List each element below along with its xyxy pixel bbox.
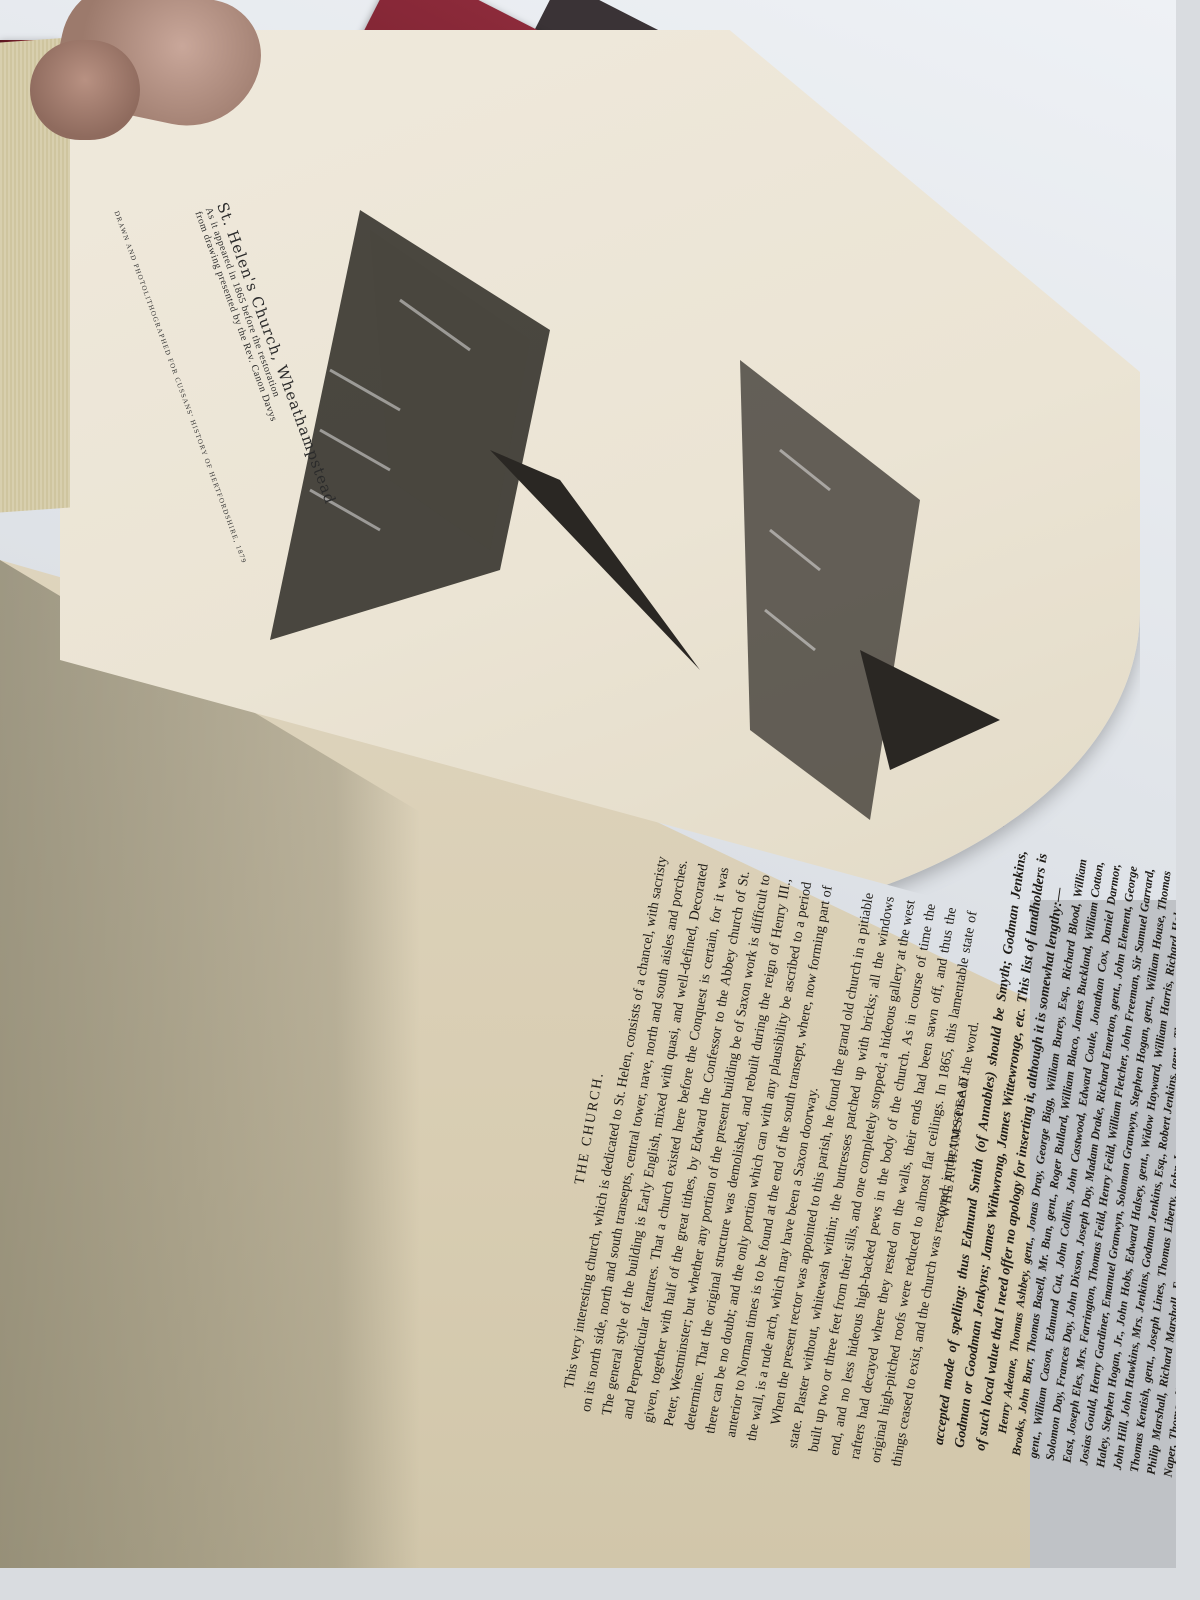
hand-fingers — [30, 40, 140, 140]
